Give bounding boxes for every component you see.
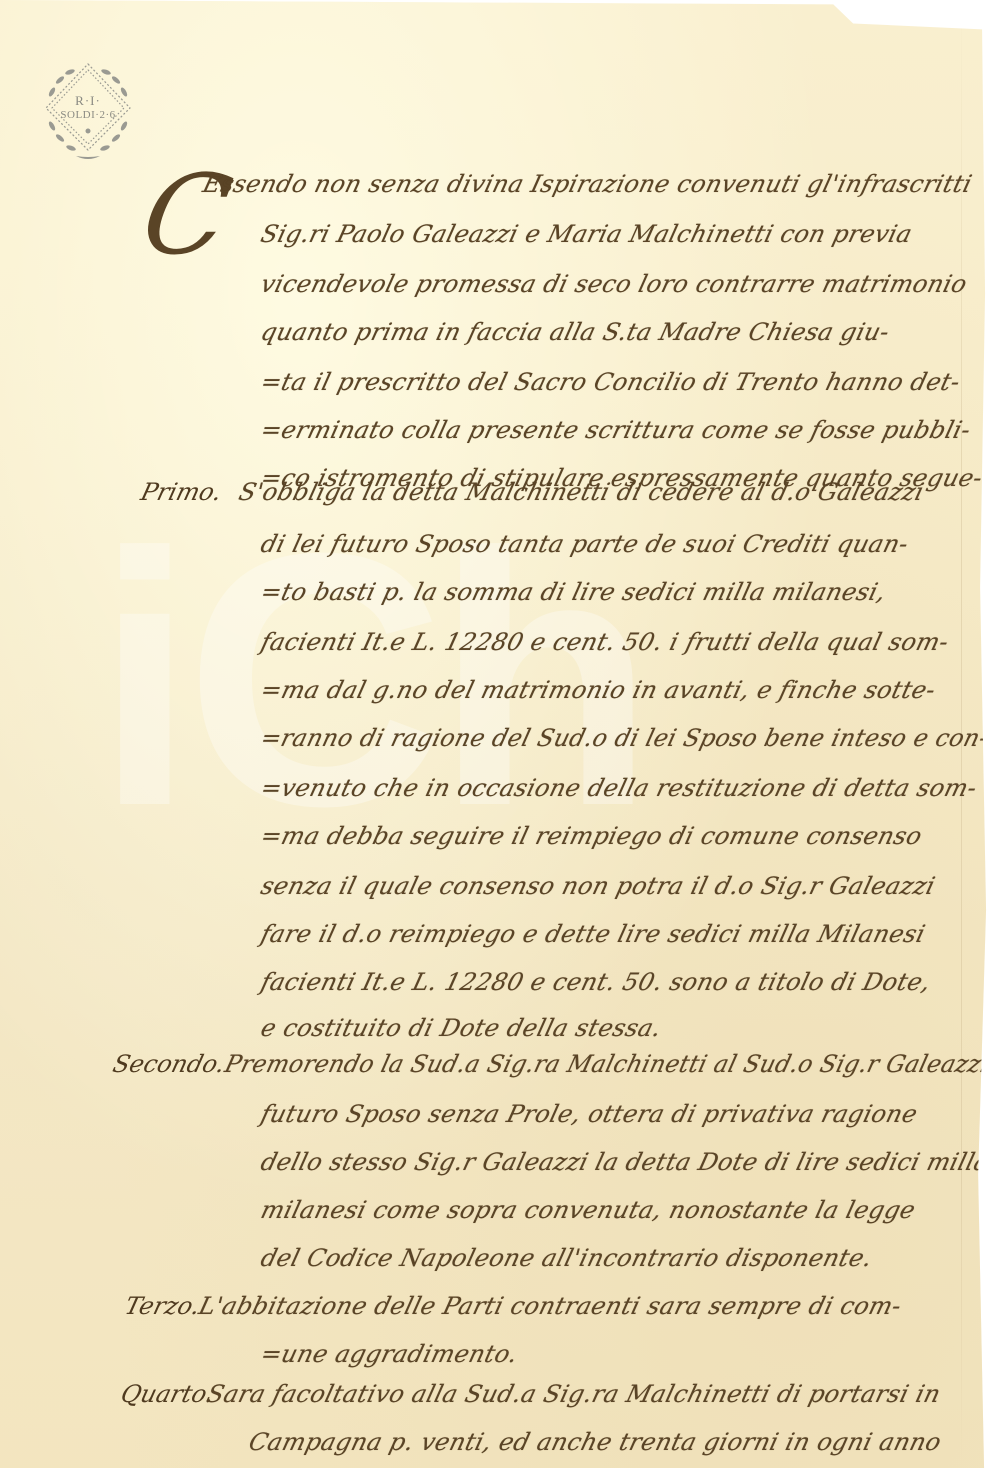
article-label-secondo: Secondo. [110, 1050, 228, 1078]
preamble-line: Sig.ri Paolo Galeazzi e Maria Malchinett… [258, 220, 915, 248]
article-line: facienti It.e L. 12280 e cent. 50. i fru… [258, 628, 952, 656]
stamp-line-1: R·I· [38, 94, 138, 107]
article-line: futuro Sposo senza Prole, ottera di priv… [258, 1100, 920, 1128]
document-page: iCh R·I· [0, 0, 992, 1468]
article-label-terzo: Terzo. [122, 1292, 203, 1320]
article-line: milanesi come sopra convenuta, nonostant… [258, 1196, 918, 1224]
article-line: del Codice Napoleone all'incontrario dis… [258, 1244, 875, 1272]
article-line: =ma dal g.no del matrimonio in avanti, e… [258, 676, 939, 704]
article-label-primo: Primo. [138, 478, 225, 506]
article-line: =to basti p. la somma di lire sedici mil… [258, 578, 889, 606]
preamble-line: quanto prima in faccia alla S.ta Madre C… [258, 318, 892, 346]
article-line: L'abbitazione delle Parti contraenti sar… [196, 1292, 904, 1320]
article-line: =venuto che in occasione della restituzi… [258, 774, 980, 802]
article-line: fare il d.o reimpiego e dette lire sedic… [258, 920, 928, 948]
article-line: facienti It.e L. 12280 e cent. 50. sono … [258, 968, 934, 996]
article-line: Premorendo la Sud.a Sig.ra Malchinetti a… [222, 1050, 992, 1078]
article-line: =une aggradimento. [258, 1340, 521, 1368]
preamble-line: Essendo non senza divina Ispirazione con… [200, 170, 975, 198]
tax-stamp: R·I· SOLDI·2·6 [38, 58, 138, 166]
article-line: senza il quale consenso non potra il d.o… [258, 872, 938, 900]
article-line: =ranno di ragione del Sud.o di lei Sposo… [258, 724, 991, 752]
article-line: di lei futuro Sposo tanta parte de suoi … [258, 530, 911, 558]
article-line: S'obbliga la detta Malchinetti di cedere… [236, 478, 927, 506]
stamp-line-2: SOLDI·2·6 [38, 110, 138, 121]
preamble-line: =ta il prescritto del Sacro Concilio di … [258, 368, 963, 396]
article-line: dello stesso Sig.r Galeazzi la detta Dot… [258, 1148, 993, 1176]
article-line: Campagna p. venti, ed anche trenta giorn… [246, 1428, 944, 1456]
article-line: Sara facoltativo alla Sud.a Sig.ra Malch… [204, 1380, 944, 1408]
article-label-quarto: Quarto. [118, 1380, 217, 1408]
preamble-line: vicendevole promessa di seco loro contra… [258, 270, 970, 298]
article-line: e costituito di Dote della stessa. [258, 1014, 664, 1042]
preamble-line: =erminato colla presente scrittura come … [258, 416, 974, 444]
article-line: =ma debba seguire il reimpiego di comune… [258, 822, 925, 850]
